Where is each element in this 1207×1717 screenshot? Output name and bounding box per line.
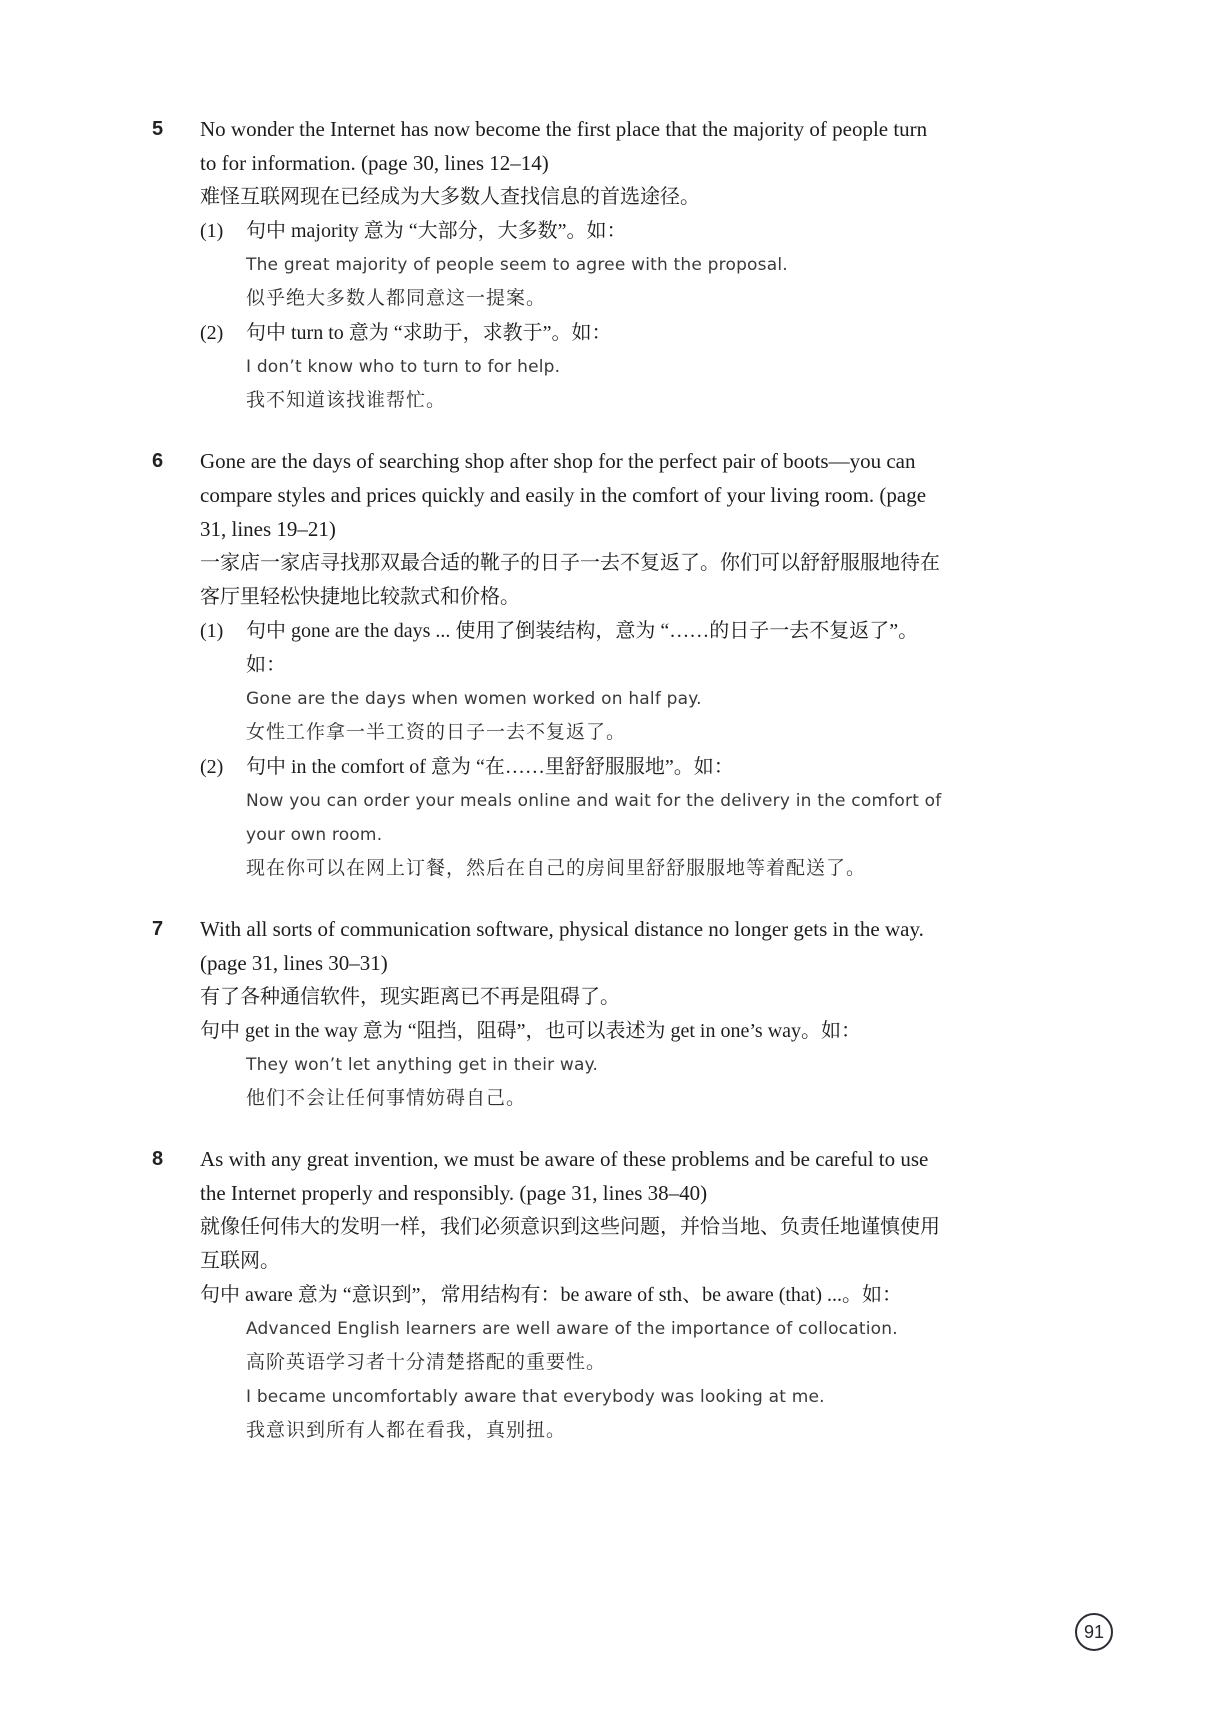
exercise-item-6: 6 Gone are the days of searching shop af…: [152, 444, 790, 886]
example-english: Now you can order your meals online and …: [246, 784, 942, 852]
point-label: (2): [200, 316, 246, 418]
item-body: No wonder the Internet has now become th…: [200, 112, 942, 418]
usage-note: 句中 gone are the days ... 使用了倒装结构，意为 “……的…: [246, 614, 942, 682]
example-block: Advanced English learners are well aware…: [200, 1312, 942, 1448]
usage-note: 句中 majority 意为 “大部分，大多数”。如：: [246, 214, 942, 248]
point-body: 句中 in the comfort of 意为 “在……里舒舒服服地”。如： N…: [246, 750, 942, 886]
source-sentence: No wonder the Internet has now become th…: [200, 112, 942, 180]
item-number: 6: [152, 444, 200, 886]
note-point: (2) 句中 turn to 意为 “求助于，求教于”。如： I don’t k…: [200, 316, 942, 418]
source-sentence: As with any great invention, we must be …: [200, 1142, 942, 1210]
example-english: The great majority of people seem to agr…: [246, 248, 942, 282]
exercise-item-5: 5 No wonder the Internet has now become …: [152, 112, 790, 418]
point-label: (1): [200, 614, 246, 750]
item-body: With all sorts of communication software…: [200, 912, 942, 1116]
example-chinese: 似乎绝大多数人都同意这一提案。: [246, 282, 942, 316]
example-english: I became uncomfortably aware that everyb…: [246, 1380, 942, 1414]
note-point: (2) 句中 in the comfort of 意为 “在……里舒舒服服地”。…: [200, 750, 942, 886]
sentence-translation: 就像任何伟大的发明一样，我们必须意识到这些问题，并恰当地、负责任地谨慎使用互联网…: [200, 1210, 942, 1278]
example-chinese: 我不知道该找谁帮忙。: [246, 384, 942, 418]
page-number-badge: 91: [1075, 1613, 1113, 1651]
item-number: 8: [152, 1142, 200, 1448]
example-english: I don’t know who to turn to for help.: [246, 350, 942, 384]
item-number: 5: [152, 112, 200, 418]
point-body: 句中 turn to 意为 “求助于，求教于”。如： I don’t know …: [246, 316, 942, 418]
exercise-item-8: 8 As with any great invention, we must b…: [152, 1142, 790, 1448]
example-chinese: 高阶英语学习者十分清楚搭配的重要性。: [246, 1346, 942, 1380]
point-label: (1): [200, 214, 246, 316]
example-chinese: 他们不会让任何事情妨碍自己。: [246, 1082, 942, 1116]
usage-note: 句中 get in the way 意为 “阻挡，阻碍”，也可以表述为 get …: [200, 1014, 942, 1048]
page-content: 5 No wonder the Internet has now become …: [0, 0, 790, 1448]
point-body: 句中 gone are the days ... 使用了倒装结构，意为 “……的…: [246, 614, 942, 750]
usage-note: 句中 turn to 意为 “求助于，求教于”。如：: [246, 316, 942, 350]
usage-note: 句中 in the comfort of 意为 “在……里舒舒服服地”。如：: [246, 750, 942, 784]
source-sentence: With all sorts of communication software…: [200, 912, 942, 980]
example-english: Gone are the days when women worked on h…: [246, 682, 942, 716]
note-point: (1) 句中 majority 意为 “大部分，大多数”。如： The grea…: [200, 214, 942, 316]
example-chinese: 我意识到所有人都在看我，真别扭。: [246, 1414, 942, 1448]
example-block: They won’t let anything get in their way…: [200, 1048, 942, 1116]
example-english: Advanced English learners are well aware…: [246, 1312, 942, 1346]
note-point: (1) 句中 gone are the days ... 使用了倒装结构，意为 …: [200, 614, 942, 750]
sentence-translation: 难怪互联网现在已经成为大多数人查找信息的首选途径。: [200, 180, 942, 214]
sentence-translation: 有了各种通信软件，现实距离已不再是阻碍了。: [200, 980, 942, 1014]
point-body: 句中 majority 意为 “大部分，大多数”。如： The great ma…: [246, 214, 942, 316]
item-body: Gone are the days of searching shop afte…: [200, 444, 942, 886]
item-body: As with any great invention, we must be …: [200, 1142, 942, 1448]
item-number: 7: [152, 912, 200, 1116]
source-sentence: Gone are the days of searching shop afte…: [200, 444, 942, 546]
example-english: They won’t let anything get in their way…: [246, 1048, 942, 1082]
point-label: (2): [200, 750, 246, 886]
sentence-translation: 一家店一家店寻找那双最合适的靴子的日子一去不复返了。你们可以舒舒服服地待在客厅里…: [200, 546, 942, 614]
usage-note: 句中 aware 意为 “意识到”，常用结构有：be aware of sth、…: [200, 1278, 942, 1312]
example-chinese: 女性工作拿一半工资的日子一去不复返了。: [246, 716, 942, 750]
example-chinese: 现在你可以在网上订餐，然后在自己的房间里舒舒服服地等着配送了。: [246, 852, 942, 886]
exercise-item-7: 7 With all sorts of communication softwa…: [152, 912, 790, 1116]
